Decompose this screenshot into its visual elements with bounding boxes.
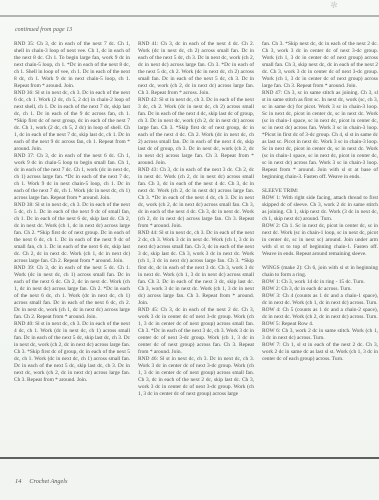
pattern-paragraph: RND 35: Ch 3, dc in each of the next 7 d… [14, 41, 130, 90]
column-3: fan. Ch 3. *Skip next dc, dc in each of … [262, 41, 378, 398]
bottom-rule [0, 457, 379, 459]
scanned-pattern-page: ✻ continued from page 13 RND 35: Ch 3, d… [0, 0, 379, 500]
scan-artifact-mark: ✻ [329, 0, 339, 12]
column-2: RND 41: Ch 3, dc in each of the next 4 d… [138, 41, 254, 398]
text-columns: RND 35: Ch 3, dc in each of the next 7 d… [14, 41, 368, 398]
pattern-paragraph: ROW 2: Ch 3, dc in each dc across. Turn. [262, 286, 378, 293]
column-1: RND 35: Ch 3, dc in each of the next 7 d… [14, 41, 130, 398]
page-number: 14 [15, 478, 21, 485]
pattern-paragraph: RND 41: Ch 3, dc in each of the next 4 d… [138, 41, 254, 97]
pattern-paragraph: ROW 7: Ch 1, sl st in each of the next 2… [262, 342, 378, 363]
pattern-paragraph: ROW 1: With right side facing, attach th… [262, 195, 378, 223]
pattern-paragraph: RND 44: Sl st in next dc, ch 3. Dc in ea… [138, 230, 254, 307]
pattern-paragraph: ROW 6: Ch 3, work 2 dc in same stitch. W… [262, 328, 378, 342]
pattern-paragraph: ROW 5: Repeat Row 4. [262, 321, 378, 328]
page-footer: 14 Crochet Angels [15, 478, 67, 485]
book-title: Crochet Angels [29, 478, 67, 485]
pattern-paragraph: WINGS (make 2): Ch 6, join with sl st in… [262, 265, 378, 279]
top-rule [0, 15, 379, 17]
pattern-paragraph: RND 47: Ch 3, sc in same stitch as joini… [262, 90, 378, 181]
pattern-paragraph: RND 36: Sl st in next dc, ch 3. Dc in ea… [14, 90, 130, 153]
pattern-paragraph: RND 46: Sl st in next dc, ch 3. Dc in ne… [138, 356, 254, 398]
pattern-paragraph: ROW 1: Ch 3, work 14 dc in ring - 15 dc.… [262, 279, 378, 286]
continuation-note: continued from page 13 [15, 27, 72, 33]
section-heading: SLEEVE TRIM: [262, 188, 378, 195]
pattern-paragraph: ROW 3: Ch 4 (counts as 1 dc and a chain-… [262, 293, 378, 307]
pattern-paragraph: RND 43: Ch 3, dc in each of the next 3 d… [138, 167, 254, 230]
pattern-paragraph: RND 45: Ch 3, dc in each of the next 2 d… [138, 307, 254, 356]
pattern-paragraph: RND 37: Ch 3, dc in each of the next 6 d… [14, 153, 130, 202]
pattern-paragraph: ROW 4: Ch 5 (counts as 1 dc and a chain-… [262, 307, 378, 321]
pattern-paragraph: fan. Ch 3. *Skip next dc, dc in each of … [262, 41, 378, 90]
pattern-paragraph: RND 39: Ch 3, dc in each of the next 5 d… [14, 265, 130, 321]
pattern-paragraph: RND 40: Sl st in next dc, ch 3. Dc in ea… [14, 321, 130, 384]
pattern-paragraph: RND 42: Sl st in next dc, ch 3. Dc in ea… [138, 97, 254, 167]
pattern-paragraph: RND 38: Sl st in next dc, ch 3. Dc in ea… [14, 202, 130, 265]
pattern-paragraph: ROW 2: Ch 1. Sc in next dc, picot in cen… [262, 223, 378, 258]
